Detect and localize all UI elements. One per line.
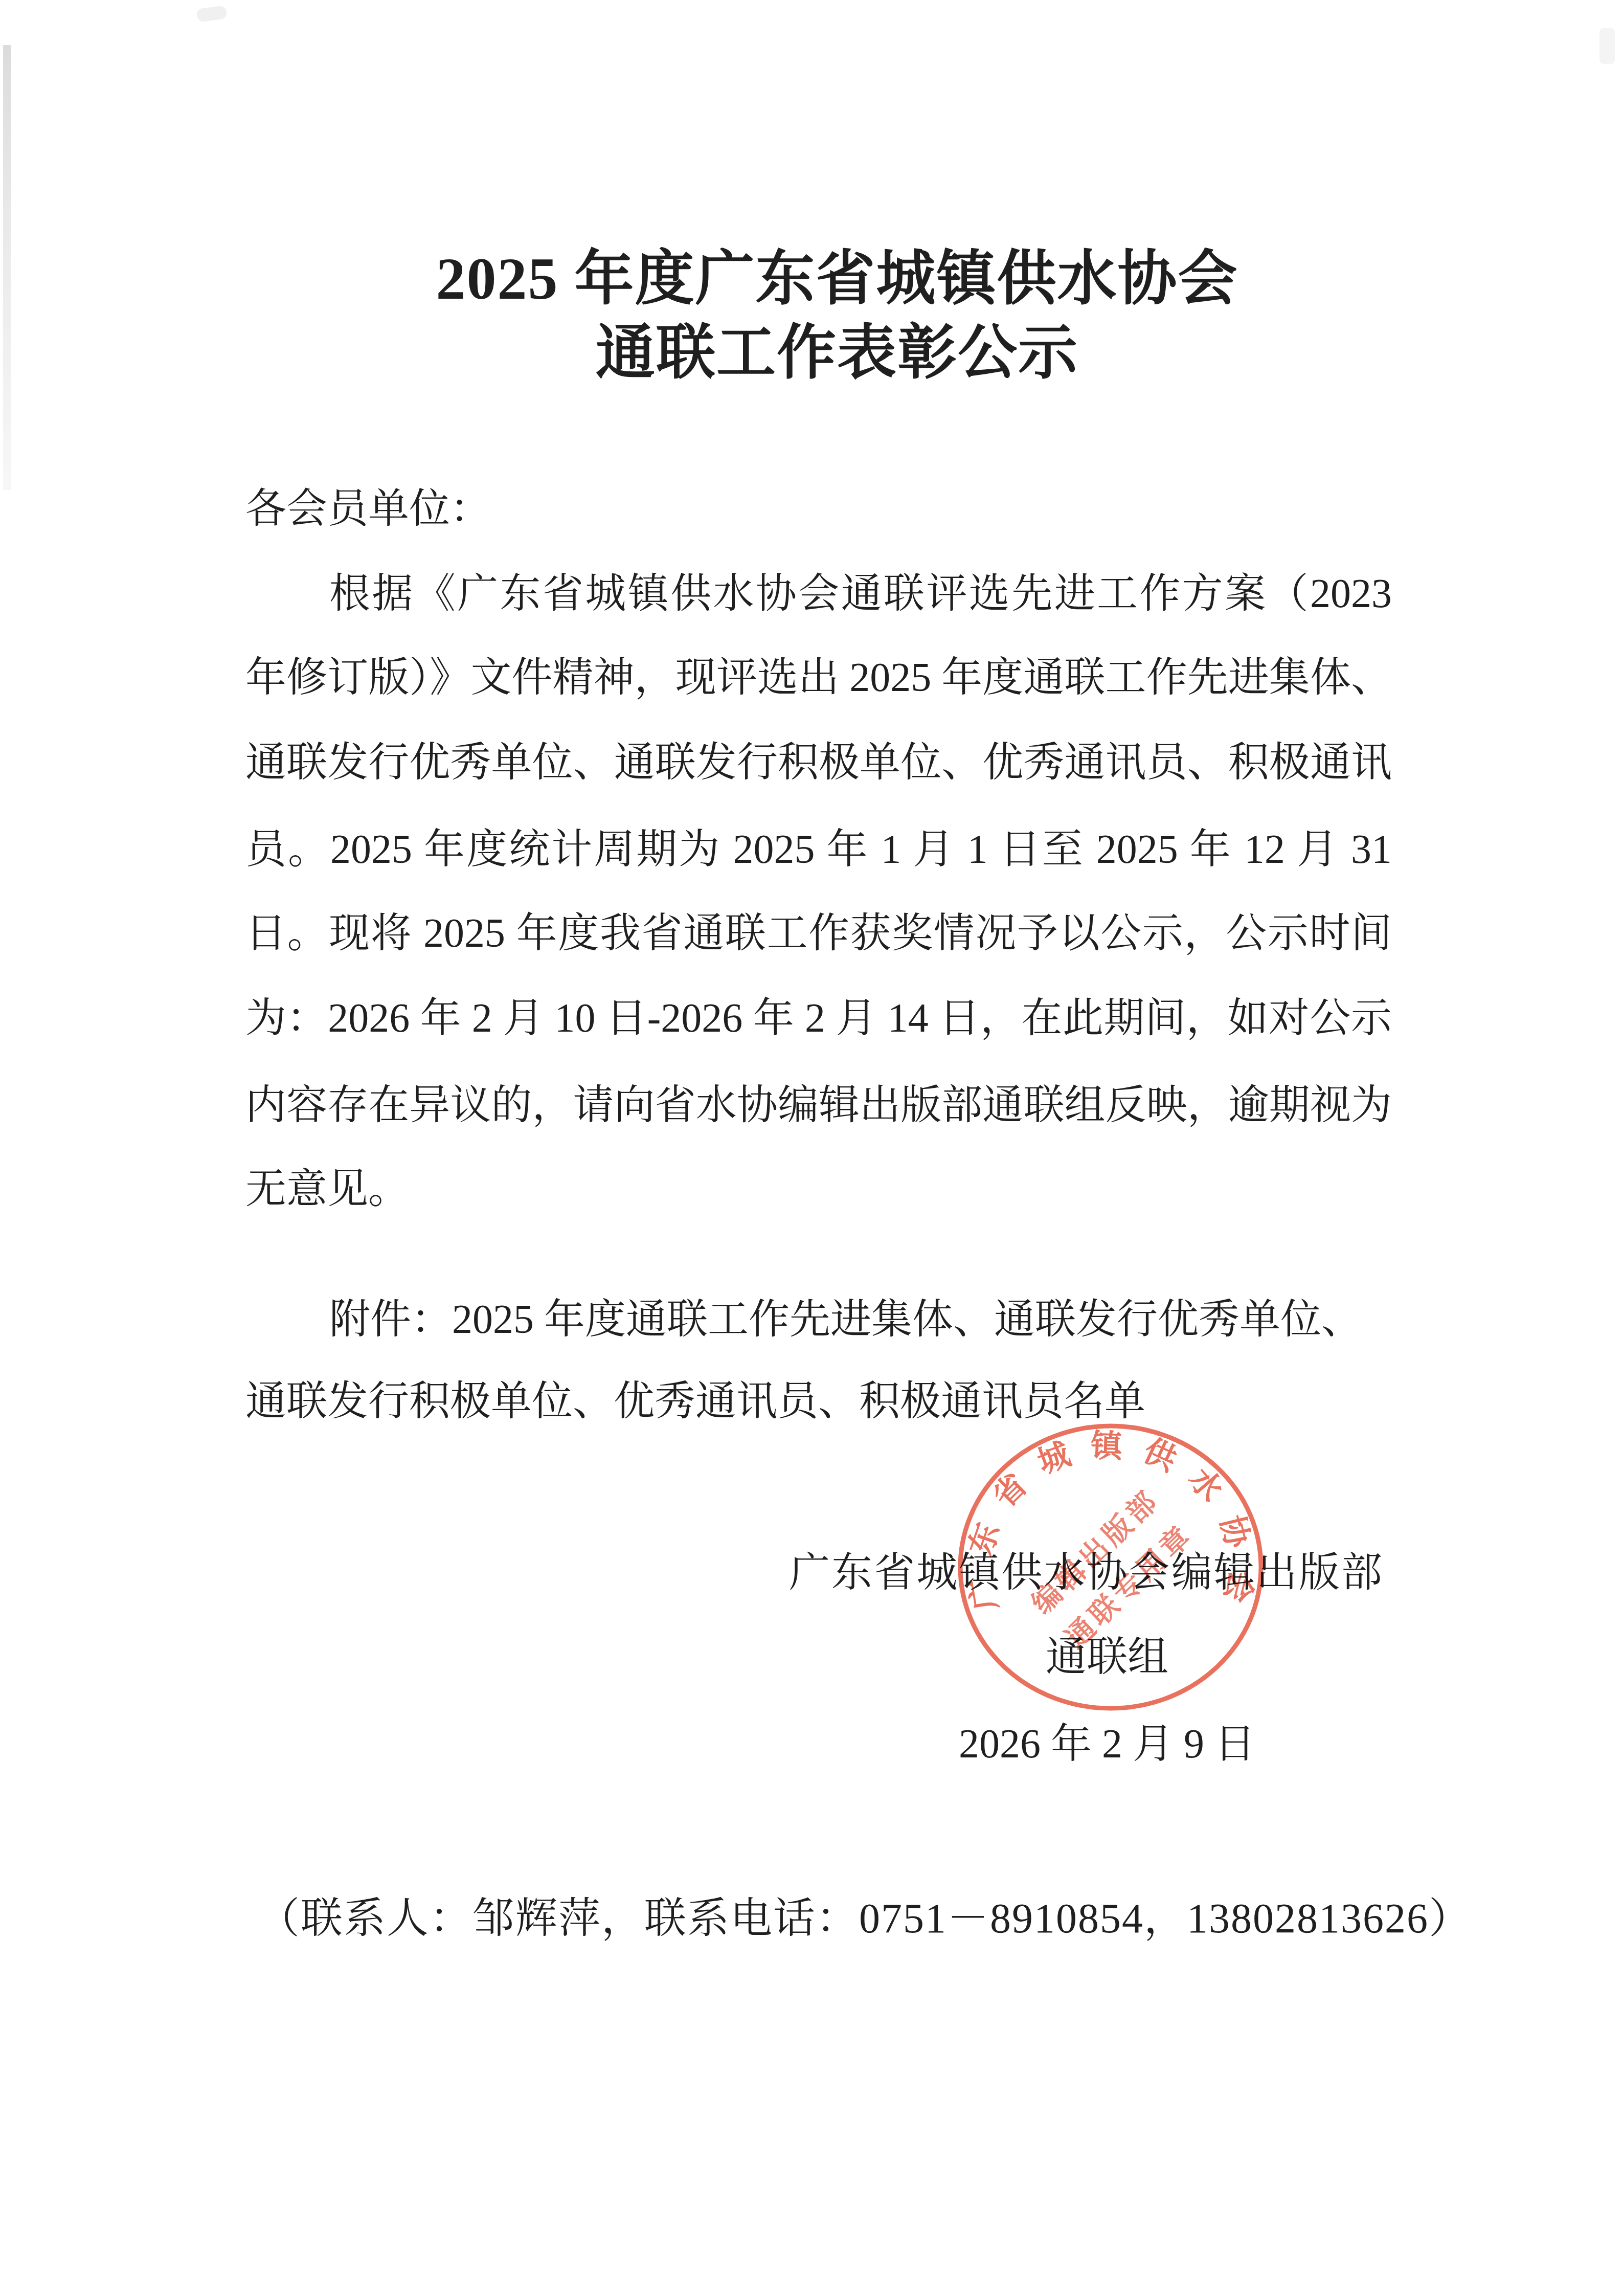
- body-line: 为：2026 年 2 月 10 日-2026 年 2 月 14 日，在此期间，如…: [245, 992, 1392, 1045]
- scan-artifact-smudge: [196, 6, 228, 23]
- document-page: 2025 年度广东省城镇供水协会 通联工作表彰公示 各会员单位： 根据《广东省城…: [0, 0, 1623, 2296]
- body-line: 年修订版）》文件精神，现评选出 2025 年度通联工作先进集体、: [245, 651, 1392, 704]
- scan-artifact-left-strip: [3, 45, 11, 490]
- document-title-line-2: 通联工作表彰公示: [271, 315, 1403, 392]
- body-line: 日。现将 2025 年度我省通联工作获奖情况予以公示，公示时间: [245, 907, 1392, 960]
- official-seal: 广东省城镇供水协会 编辑出版部 通联专用章: [951, 1418, 1271, 1718]
- scan-artifact-smudge: [1599, 28, 1615, 64]
- signature-date: 2026 年 2 月 9 日: [790, 1718, 1424, 1771]
- contact-line: （联系人：邹辉萍，联系电话：0751－8910854，13802813626）: [258, 1891, 1472, 1946]
- attachment-line: 附件：2025 年度通联工作先进集体、通联发行优秀单位、: [245, 1293, 1362, 1346]
- body-line: 通联发行优秀单位、通联发行积极单位、优秀通讯员、积极通讯: [245, 736, 1392, 789]
- body-line: 根据《广东省城镇供水协会通联评选先进工作方案（2023: [245, 567, 1392, 620]
- body-line: 无意见。: [245, 1163, 409, 1216]
- body-line: 内容存在异议的，请向省水协编辑出版部通联组反映，逾期视为: [245, 1079, 1392, 1132]
- seal-ring: [960, 1426, 1261, 1708]
- body-line: 员。2025 年度统计周期为 2025 年 1 月 1 日至 2025 年 12…: [245, 823, 1392, 876]
- salutation: 各会员单位：: [245, 482, 491, 536]
- document-title-line-1: 2025 年度广东省城镇供水协会: [271, 241, 1403, 318]
